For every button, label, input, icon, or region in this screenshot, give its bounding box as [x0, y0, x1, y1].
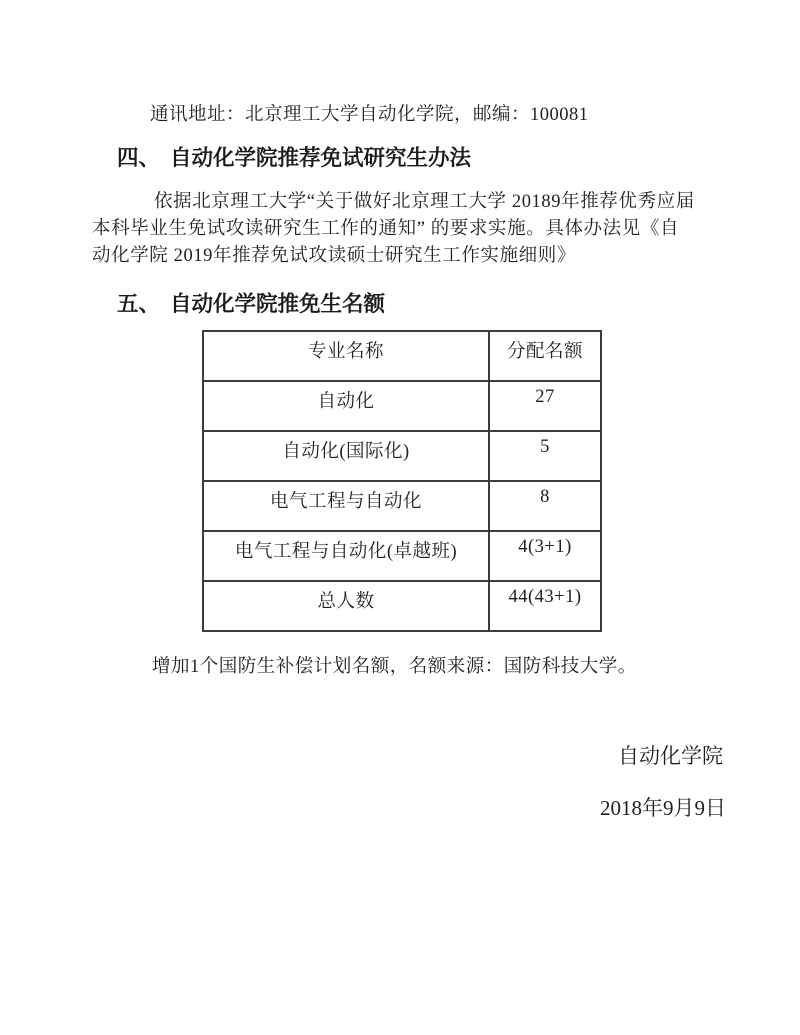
section-5-heading: 五、自动化学院推免生名额	[117, 287, 385, 318]
table-row: 电气工程与自动化(卓越班) 4(3+1)	[203, 531, 601, 581]
section-4-title: 自动化学院推荐免试研究生办法	[170, 146, 471, 170]
paragraph-line: 依据北京理工大学“关于做好北京理工大学 20189年推荐优秀应届	[92, 189, 714, 216]
table-row: 自动化 27	[203, 381, 601, 431]
quota-cell: 44(43+1)	[489, 581, 601, 631]
section-4-number: 四、	[117, 141, 160, 172]
quota-cell: 8	[489, 481, 601, 531]
quota-cell: 4(3+1)	[489, 531, 601, 581]
signature-organization: 自动化学院	[600, 740, 723, 770]
paragraph-line: 本科毕业生免试攻读研究生工作的通知” 的要求实施。具体办法见《自	[92, 216, 714, 243]
document-page: 通讯地址：北京理工大学自动化学院，邮编：100081 四、自动化学院推荐免试研究…	[0, 0, 800, 1035]
major-cell: 电气工程与自动化	[203, 481, 489, 531]
table-row: 自动化(国际化) 5	[203, 431, 601, 481]
major-cell: 总人数	[203, 581, 489, 631]
section-4-heading: 四、自动化学院推荐免试研究生办法	[117, 141, 471, 172]
table-header-row: 专业名称 分配名额	[203, 331, 601, 381]
major-cell: 自动化	[203, 381, 489, 431]
section-5-title: 自动化学院推免生名额	[170, 292, 385, 316]
table-row: 总人数 44(43+1)	[203, 581, 601, 631]
section-4-paragraph: 依据北京理工大学“关于做好北京理工大学 20189年推荐优秀应届 本科毕业生免试…	[92, 189, 714, 270]
paragraph-line: 动化学院 2019年推荐免试攻读硕士研究生工作实施细则》	[92, 243, 714, 270]
quota-note: 增加1个国防生补偿计划名额，名额来源：国防科技大学。	[152, 652, 637, 678]
major-cell: 自动化(国际化)	[203, 431, 489, 481]
quota-table: 专业名称 分配名额 自动化 27 自动化(国际化) 5 电气工程与自动化 8 电…	[202, 330, 602, 632]
quota-cell: 27	[489, 381, 601, 431]
quota-column-header: 分配名额	[489, 331, 601, 381]
section-5-number: 五、	[117, 287, 160, 318]
signature-block: 自动化学院 2018年9月9日	[600, 740, 726, 822]
contact-address-line: 通讯地址：北京理工大学自动化学院，邮编：100081	[150, 100, 589, 126]
table-row: 电气工程与自动化 8	[203, 481, 601, 531]
major-cell: 电气工程与自动化(卓越班)	[203, 531, 489, 581]
signature-date: 2018年9月9日	[600, 792, 726, 822]
major-column-header: 专业名称	[203, 331, 489, 381]
quota-cell: 5	[489, 431, 601, 481]
